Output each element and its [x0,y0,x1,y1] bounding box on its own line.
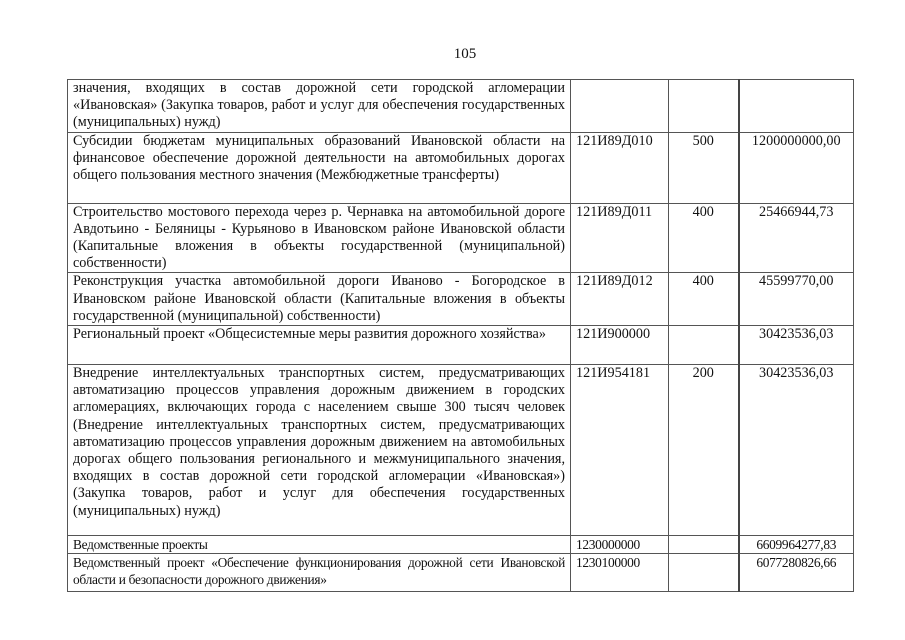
row-amount: 1200000000,00 [739,132,854,203]
row-amount: 30423536,03 [739,365,854,536]
row-expense-type [669,554,739,592]
row-expense-type: 200 [669,365,739,536]
table-row: Субсидии бюджетам муниципальных образова… [68,132,854,203]
row-name: Региональный проект «Общесистемные меры … [68,326,571,365]
table-row: Внедрение интеллектуальных транспортных … [68,365,854,536]
row-expense-type: 400 [669,273,739,326]
row-expense-type: 500 [669,132,739,203]
row-amount: 6077280826,66 [739,554,854,592]
row-expense-type [669,326,739,365]
budget-table: значения, входящих в состав дорожной сет… [67,79,854,592]
table-row: значения, входящих в состав дорожной сет… [68,80,854,133]
row-expense-type: 400 [669,203,739,273]
row-name: Ведомственные проекты [68,536,571,554]
row-name: Внедрение интеллектуальных транспортных … [68,365,571,536]
row-target-code: 121И954181 [571,365,669,536]
row-target-code: 121И89Д012 [571,273,669,326]
row-amount: 45599770,00 [739,273,854,326]
table-row: Региональный проект «Общесистемные меры … [68,326,854,365]
table-row: Ведомственный проект «Обеспечение функци… [68,554,854,592]
page-number: 105 [0,46,905,63]
row-expense-type [669,536,739,554]
row-target-code: 1230100000 [571,554,669,592]
row-target-code: 121И900000 [571,326,669,365]
row-amount [739,80,854,133]
row-name: значения, входящих в состав дорожной сет… [68,80,571,133]
row-target-code: 1230000000 [571,536,669,554]
row-target-code: 121И89Д011 [571,203,669,273]
row-name: Ведомственный проект «Обеспечение функци… [68,554,571,592]
row-target-code: 121И89Д010 [571,132,669,203]
row-amount: 25466944,73 [739,203,854,273]
row-target-code [571,80,669,133]
table-row: Реконструкция участка автомобильной доро… [68,273,854,326]
row-amount: 30423536,03 [739,326,854,365]
table-row: Ведомственные проекты 1230000000 6609964… [68,536,854,554]
table-row: Строительство мостового перехода через р… [68,203,854,273]
row-expense-type [669,80,739,133]
row-name: Субсидии бюджетам муниципальных образова… [68,132,571,203]
row-amount: 6609964277,83 [739,536,854,554]
row-name: Реконструкция участка автомобильной доро… [68,273,571,326]
row-name: Строительство мостового перехода через р… [68,203,571,273]
